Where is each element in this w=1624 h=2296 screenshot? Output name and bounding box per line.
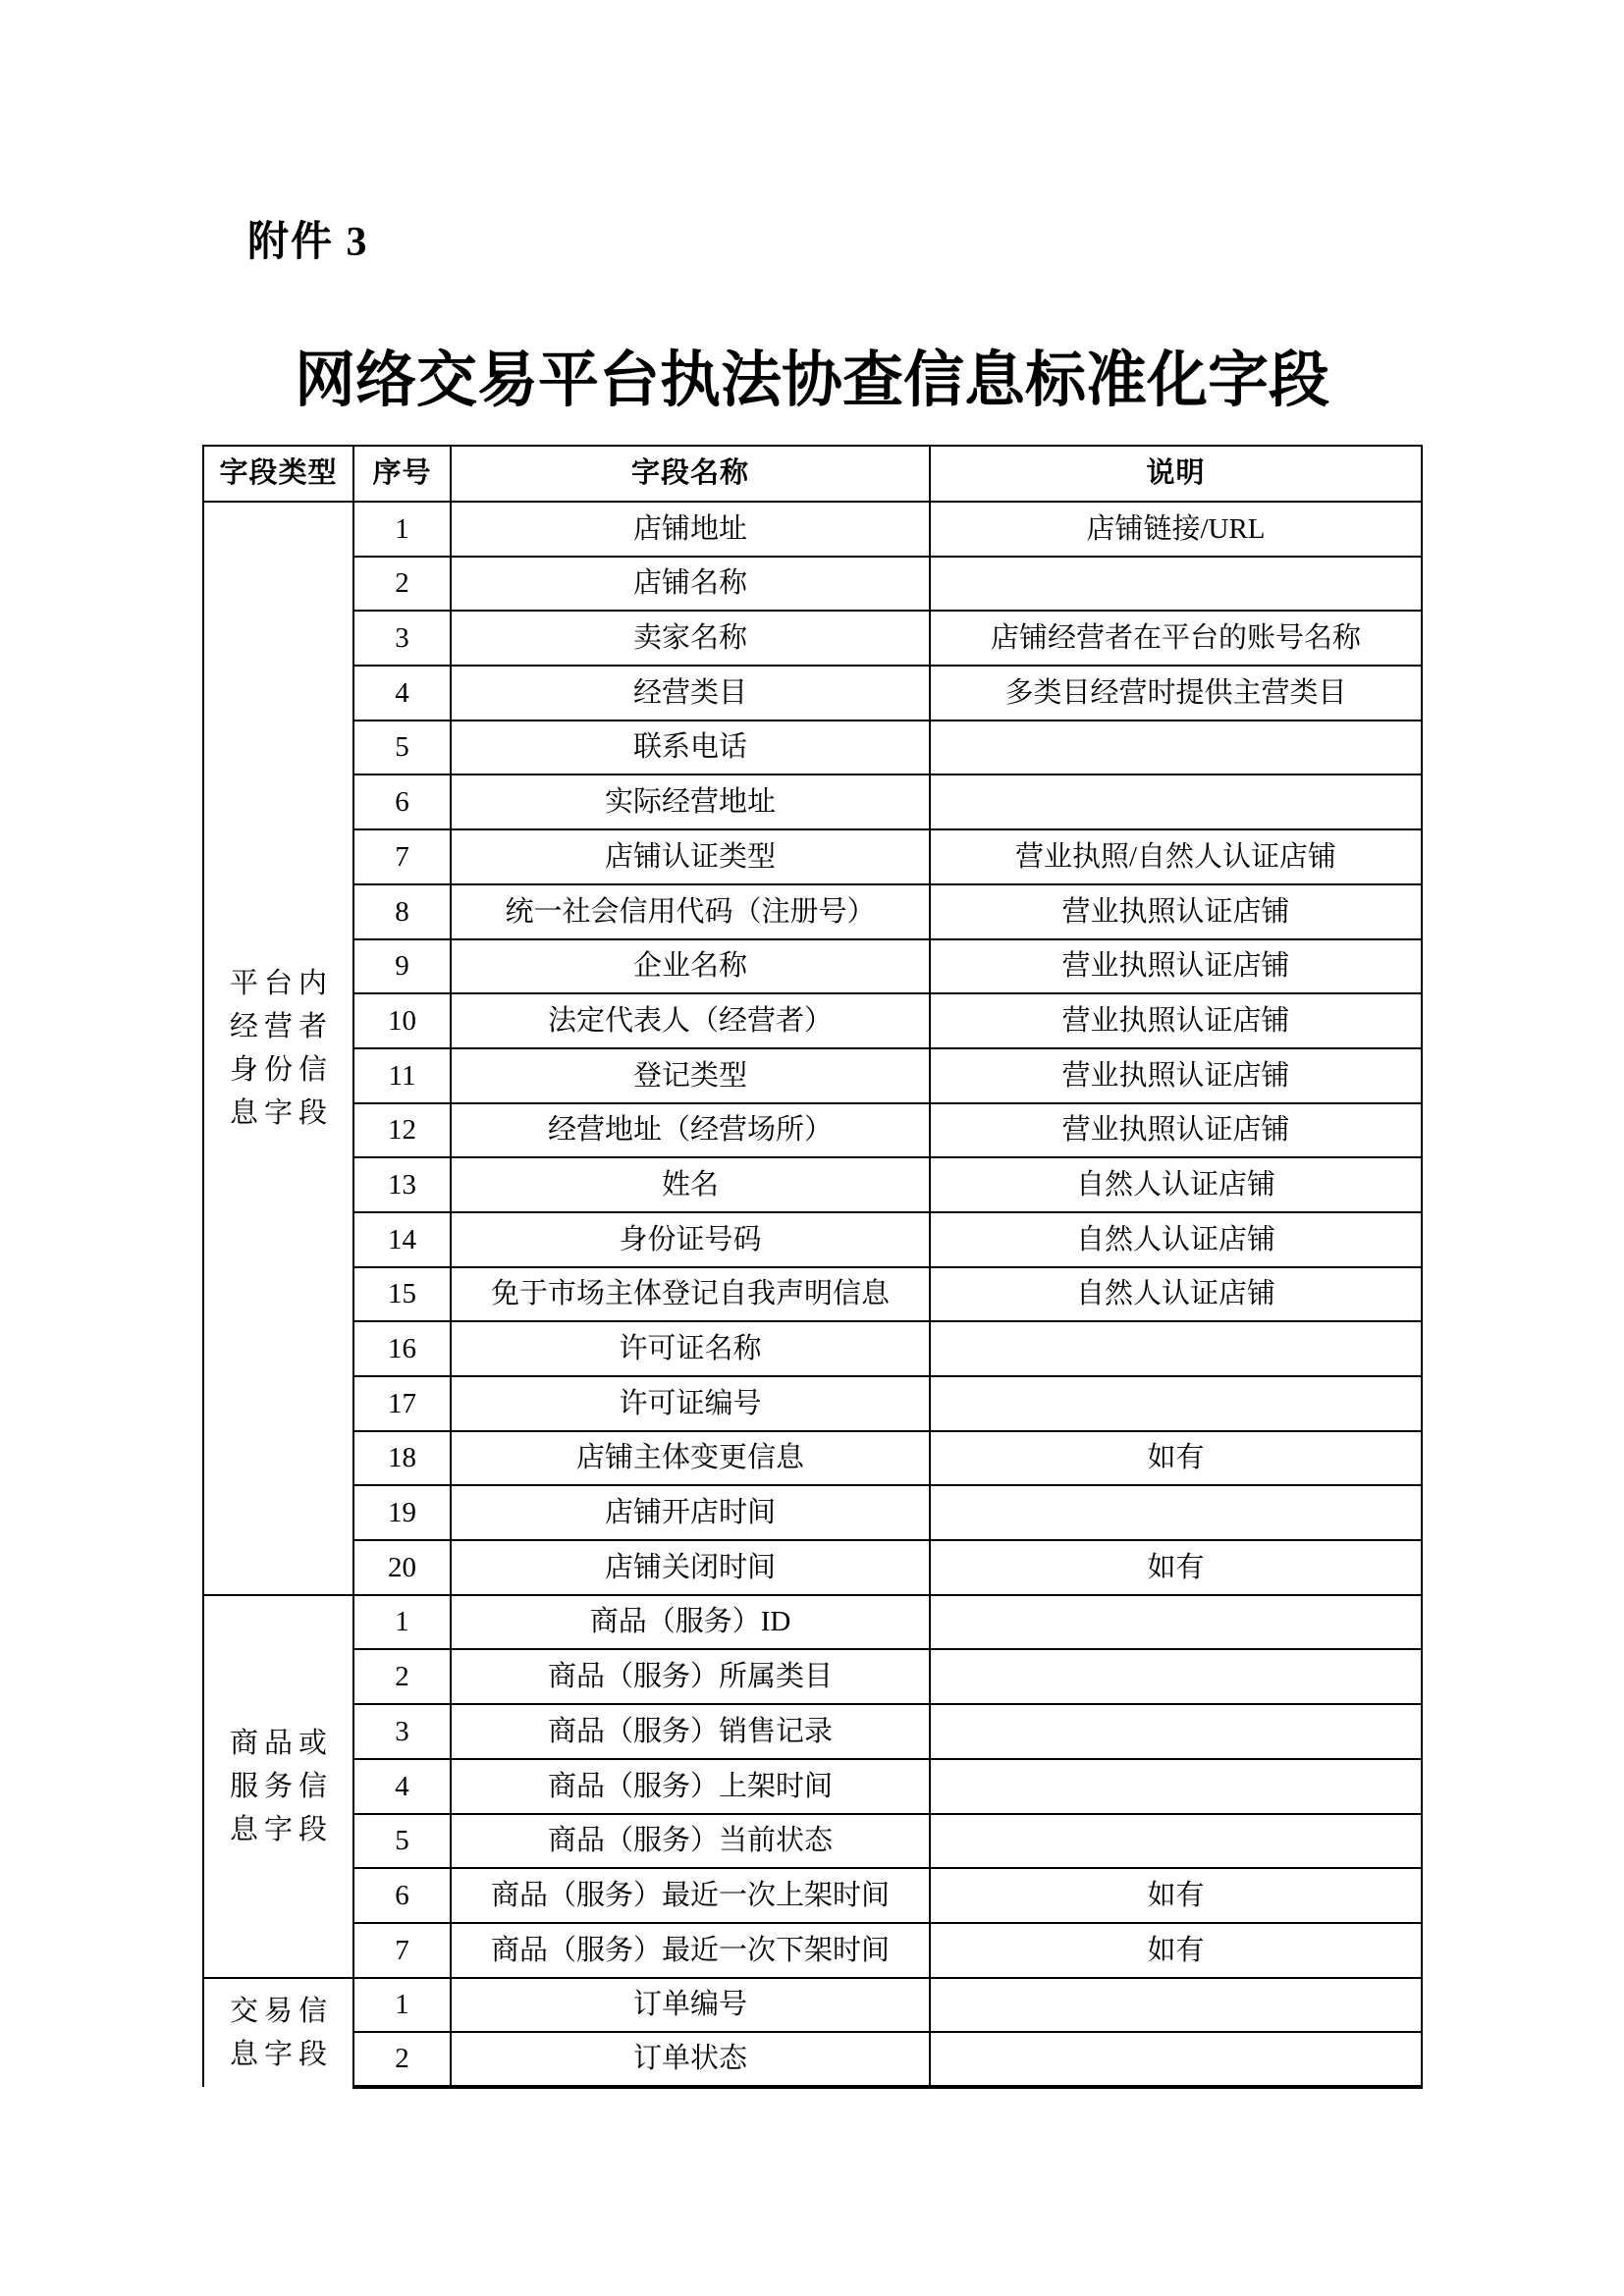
field-name-cell: 免于市场主体登记自我声明信息 bbox=[451, 1267, 930, 1322]
field-name-cell: 店铺认证类型 bbox=[451, 829, 930, 884]
header-field-type: 字段类型 bbox=[203, 446, 353, 502]
note-cell: 如有 bbox=[930, 1540, 1422, 1595]
field-name-cell: 实际经营地址 bbox=[451, 774, 930, 829]
category-line: 服务信 bbox=[204, 1765, 352, 1808]
category-cell: 商品或服务信息字段 bbox=[203, 1595, 353, 1978]
table-row: 5商品（服务）当前状态 bbox=[203, 1814, 1422, 1869]
field-name-cell: 店铺主体变更信息 bbox=[451, 1431, 930, 1486]
serial-cell: 2 bbox=[353, 557, 451, 612]
category-cell: 平台内经营者身份信息字段 bbox=[203, 502, 353, 1595]
serial-cell: 20 bbox=[353, 1540, 451, 1595]
field-name-cell: 店铺地址 bbox=[451, 502, 930, 557]
serial-cell: 8 bbox=[353, 884, 451, 939]
serial-cell: 13 bbox=[353, 1157, 451, 1212]
fields-table: 字段类型 序号 字段名称 说明 平台内经营者身份信息字段1店铺地址店铺链接/UR… bbox=[202, 445, 1423, 2089]
header-description: 说明 bbox=[930, 446, 1422, 502]
category-line: 息字段 bbox=[204, 2033, 352, 2076]
table-row: 5联系电话 bbox=[203, 721, 1422, 775]
field-name-cell: 许可证编号 bbox=[451, 1376, 930, 1431]
header-field-name: 字段名称 bbox=[451, 446, 930, 502]
serial-cell: 2 bbox=[353, 1649, 451, 1704]
table-row: 平台内经营者身份信息字段1店铺地址店铺链接/URL bbox=[203, 502, 1422, 557]
serial-cell: 6 bbox=[353, 774, 451, 829]
field-name-cell: 商品（服务）销售记录 bbox=[451, 1704, 930, 1759]
table-row: 11登记类型营业执照认证店铺 bbox=[203, 1048, 1422, 1103]
field-name-cell: 商品（服务）所属类目 bbox=[451, 1649, 930, 1704]
category-line: 商品或 bbox=[204, 1722, 352, 1765]
note-cell bbox=[930, 1595, 1422, 1650]
serial-cell: 1 bbox=[353, 1978, 451, 2033]
table-row: 7店铺认证类型营业执照/自然人认证店铺 bbox=[203, 829, 1422, 884]
serial-cell: 11 bbox=[353, 1048, 451, 1103]
field-name-cell: 商品（服务）最近一次上架时间 bbox=[451, 1868, 930, 1923]
table-row: 7商品（服务）最近一次下架时间如有 bbox=[203, 1923, 1422, 1978]
serial-cell: 17 bbox=[353, 1376, 451, 1431]
field-name-cell: 商品（服务）ID bbox=[451, 1595, 930, 1650]
table-row: 4商品（服务）上架时间 bbox=[203, 1759, 1422, 1814]
field-name-cell: 卖家名称 bbox=[451, 611, 930, 666]
note-cell: 营业执照/自然人认证店铺 bbox=[930, 829, 1422, 884]
table-row: 19店铺开店时间 bbox=[203, 1485, 1422, 1540]
serial-cell: 4 bbox=[353, 666, 451, 721]
table-row: 2店铺名称 bbox=[203, 557, 1422, 612]
note-cell: 自然人认证店铺 bbox=[930, 1157, 1422, 1212]
category-cell: 交易信息字段 bbox=[203, 1978, 353, 2087]
note-cell: 营业执照认证店铺 bbox=[930, 884, 1422, 939]
field-name-cell: 商品（服务）上架时间 bbox=[451, 1759, 930, 1814]
header-serial: 序号 bbox=[353, 446, 451, 502]
serial-cell: 1 bbox=[353, 502, 451, 557]
table-row: 3商品（服务）销售记录 bbox=[203, 1704, 1422, 1759]
table-row: 13姓名自然人认证店铺 bbox=[203, 1157, 1422, 1212]
note-cell bbox=[930, 1814, 1422, 1869]
note-cell: 营业执照认证店铺 bbox=[930, 1103, 1422, 1158]
note-cell bbox=[930, 1376, 1422, 1431]
serial-cell: 9 bbox=[353, 939, 451, 994]
serial-cell: 4 bbox=[353, 1759, 451, 1814]
serial-cell: 5 bbox=[353, 1814, 451, 1869]
field-name-cell: 店铺关闭时间 bbox=[451, 1540, 930, 1595]
note-cell: 多类目经营时提供主营类目 bbox=[930, 666, 1422, 721]
field-name-cell: 订单状态 bbox=[451, 2032, 930, 2087]
field-name-cell: 经营类目 bbox=[451, 666, 930, 721]
serial-cell: 10 bbox=[353, 993, 451, 1048]
table-row: 交易信息字段1订单编号 bbox=[203, 1978, 1422, 2033]
serial-cell: 15 bbox=[353, 1267, 451, 1322]
serial-cell: 18 bbox=[353, 1431, 451, 1486]
field-name-cell: 姓名 bbox=[451, 1157, 930, 1212]
note-cell: 如有 bbox=[930, 1868, 1422, 1923]
note-cell bbox=[930, 721, 1422, 775]
note-cell: 店铺经营者在平台的账号名称 bbox=[930, 611, 1422, 666]
serial-cell: 7 bbox=[353, 1923, 451, 1978]
note-cell bbox=[930, 1978, 1422, 2033]
serial-cell: 5 bbox=[353, 721, 451, 775]
table-row: 10法定代表人（经营者）营业执照认证店铺 bbox=[203, 993, 1422, 1048]
note-cell: 自然人认证店铺 bbox=[930, 1267, 1422, 1322]
note-cell: 店铺链接/URL bbox=[930, 502, 1422, 557]
category-line: 平台内 bbox=[204, 962, 352, 1005]
page-title: 网络交易平台执法协查信息标准化字段 bbox=[193, 346, 1431, 417]
table-row: 15免于市场主体登记自我声明信息自然人认证店铺 bbox=[203, 1267, 1422, 1322]
note-cell: 营业执照认证店铺 bbox=[930, 1048, 1422, 1103]
serial-cell: 19 bbox=[353, 1485, 451, 1540]
table-row: 8统一社会信用代码（注册号）营业执照认证店铺 bbox=[203, 884, 1422, 939]
field-name-cell: 登记类型 bbox=[451, 1048, 930, 1103]
fields-table-body: 平台内经营者身份信息字段1店铺地址店铺链接/URL2店铺名称3卖家名称店铺经营者… bbox=[203, 502, 1422, 2087]
serial-cell: 1 bbox=[353, 1595, 451, 1650]
category-line: 息字段 bbox=[204, 1092, 352, 1135]
serial-cell: 14 bbox=[353, 1212, 451, 1267]
serial-cell: 7 bbox=[353, 829, 451, 884]
note-cell bbox=[930, 2032, 1422, 2087]
serial-cell: 6 bbox=[353, 1868, 451, 1923]
field-name-cell: 联系电话 bbox=[451, 721, 930, 775]
serial-cell: 3 bbox=[353, 1704, 451, 1759]
table-row: 4经营类目多类目经营时提供主营类目 bbox=[203, 666, 1422, 721]
table-row: 18店铺主体变更信息如有 bbox=[203, 1431, 1422, 1486]
category-line: 息字段 bbox=[204, 1808, 352, 1851]
document-page: 附件 3 网络交易平台执法协查信息标准化字段 字段类型 序号 字段名称 说明 平… bbox=[0, 0, 1624, 2296]
field-name-cell: 店铺开店时间 bbox=[451, 1485, 930, 1540]
table-row: 3卖家名称店铺经营者在平台的账号名称 bbox=[203, 611, 1422, 666]
attachment-label: 附件 3 bbox=[247, 209, 369, 268]
note-cell: 营业执照认证店铺 bbox=[930, 993, 1422, 1048]
serial-cell: 2 bbox=[353, 2032, 451, 2087]
table-row: 16许可证名称 bbox=[203, 1321, 1422, 1376]
note-cell bbox=[930, 1649, 1422, 1704]
category-line: 经营者 bbox=[204, 1005, 352, 1048]
field-name-cell: 企业名称 bbox=[451, 939, 930, 994]
note-cell: 营业执照认证店铺 bbox=[930, 939, 1422, 994]
table-row: 12经营地址（经营场所）营业执照认证店铺 bbox=[203, 1103, 1422, 1158]
table-row: 14身份证号码自然人认证店铺 bbox=[203, 1212, 1422, 1267]
serial-cell: 12 bbox=[353, 1103, 451, 1158]
note-cell: 自然人认证店铺 bbox=[930, 1212, 1422, 1267]
field-name-cell: 商品（服务）最近一次下架时间 bbox=[451, 1923, 930, 1978]
table-row: 20店铺关闭时间如有 bbox=[203, 1540, 1422, 1595]
field-name-cell: 订单编号 bbox=[451, 1978, 930, 2033]
category-line: 交易信 bbox=[204, 1990, 352, 2033]
field-name-cell: 法定代表人（经营者） bbox=[451, 993, 930, 1048]
note-cell bbox=[930, 1759, 1422, 1814]
field-name-cell: 店铺名称 bbox=[451, 557, 930, 612]
table-row: 商品或服务信息字段1商品（服务）ID bbox=[203, 1595, 1422, 1650]
table-row: 9企业名称营业执照认证店铺 bbox=[203, 939, 1422, 994]
field-name-cell: 商品（服务）当前状态 bbox=[451, 1814, 930, 1869]
table-row: 6商品（服务）最近一次上架时间如有 bbox=[203, 1868, 1422, 1923]
note-cell bbox=[930, 1704, 1422, 1759]
note-cell bbox=[930, 1485, 1422, 1540]
table-row: 2商品（服务）所属类目 bbox=[203, 1649, 1422, 1704]
note-cell bbox=[930, 557, 1422, 612]
serial-cell: 16 bbox=[353, 1321, 451, 1376]
field-name-cell: 许可证名称 bbox=[451, 1321, 930, 1376]
field-name-cell: 经营地址（经营场所） bbox=[451, 1103, 930, 1158]
note-cell bbox=[930, 1321, 1422, 1376]
field-name-cell: 身份证号码 bbox=[451, 1212, 930, 1267]
category-line: 身份信 bbox=[204, 1048, 352, 1092]
serial-cell: 3 bbox=[353, 611, 451, 666]
table-header-row: 字段类型 序号 字段名称 说明 bbox=[203, 446, 1422, 502]
field-name-cell: 统一社会信用代码（注册号） bbox=[451, 884, 930, 939]
note-cell: 如有 bbox=[930, 1923, 1422, 1978]
table-row: 17许可证编号 bbox=[203, 1376, 1422, 1431]
table-row: 6实际经营地址 bbox=[203, 774, 1422, 829]
note-cell bbox=[930, 774, 1422, 829]
note-cell: 如有 bbox=[930, 1431, 1422, 1486]
table-row: 2订单状态 bbox=[203, 2032, 1422, 2087]
